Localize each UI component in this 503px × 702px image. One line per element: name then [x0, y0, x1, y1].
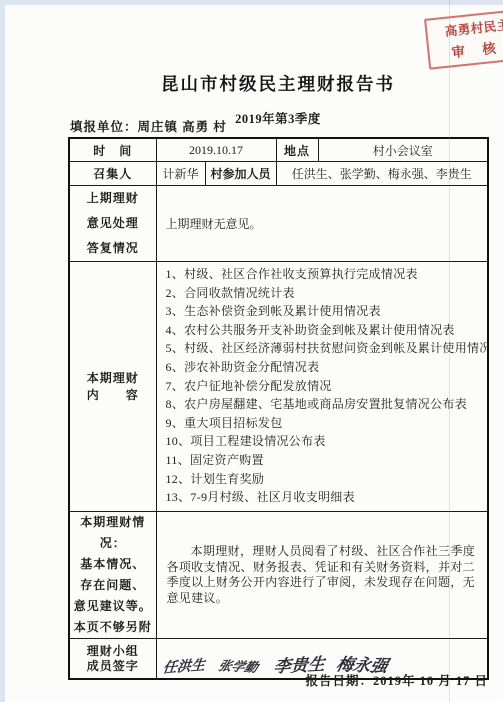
place-value-cell: 村小会议室 — [318, 138, 488, 162]
summary-label-line: 本期理财情况： — [70, 512, 156, 554]
row-previous-opinion: 上期理财 意见处理 答复情况 上期理财无意见。 — [69, 186, 488, 262]
row-summary: 本期理财情况： 基本情况、 存在问题、 意见建议等。 本页不够另附 本期理财，理… — [69, 512, 488, 639]
time-label-cell: 时 间 — [69, 138, 156, 162]
previous-opinion-label-line: 意见处理 — [70, 211, 156, 236]
reporting-unit: 填报单位：周庄镇 高勇 村 — [70, 117, 490, 135]
report-item: 6、涉农补助资金分配情况表 — [166, 358, 488, 377]
summary-label-cell: 本期理财情况： 基本情况、 存在问题、 意见建议等。 本页不够另附 — [69, 512, 156, 639]
reporting-unit-label: 填报单位： — [70, 120, 138, 134]
report-item: 5、村级、社区经济薄弱村扶贫慰问资金到帐及累计使用情况表 — [166, 339, 488, 358]
row-current-content: 本期理财 内 容 1、村级、社区合作社收支预算执行完成情况表 2、合同收款情况统… — [69, 262, 488, 512]
report-item: 9、重大项目招标发包 — [166, 414, 488, 433]
report-item: 13、7-9月村级、社区月收支明细表 — [166, 488, 488, 507]
audit-stamp: 高勇村民主理财 审 核 章 — [424, 5, 503, 69]
report-item: 10、项目工程建设情况公布表 — [166, 432, 488, 451]
signatures-label-line: 理财小组 — [70, 644, 156, 659]
row-convener-participants: 召集人 计新华 村参加人员 任洪生、张学勤、梅永强、李贵生 — [69, 162, 488, 186]
summary-paragraph: 本期理财，理财人员阅看了村级、社区合作社三季度各项收支情况、财务报表、凭证和有关… — [157, 544, 488, 606]
current-content-label-line: 内 容 — [70, 387, 156, 404]
document-page: 高勇村民主理财 审 核 章 昆山市村级民主理财报告书 2019年第3季度 填报单… — [5, 5, 503, 702]
previous-opinion-label-line: 答复情况 — [70, 236, 156, 261]
report-item: 8、农户房屋翻建、宅基地或商品房安置批复情况公布表 — [166, 395, 488, 414]
report-date: 报告日期：2019年 10 月 17 日 — [68, 671, 490, 689]
report-item: 11、固定资产购置 — [166, 451, 488, 470]
summary-label-line: 存在问题、 — [70, 575, 156, 596]
previous-opinion-label-line: 上期理财 — [70, 186, 156, 211]
report-item: 7、农户征地补偿分配发放情况 — [166, 377, 488, 396]
summary-label-line: 意见建议等。 — [70, 596, 156, 617]
previous-opinion-label-cell: 上期理财 意见处理 答复情况 — [69, 186, 156, 262]
row-time-place: 时 间 2019.10.17 地点 村小会议室 — [69, 138, 488, 162]
participants-value-cell: 任洪生、张学勤、梅永强、李贵生 — [276, 162, 488, 186]
convener-value-cell: 计新华 — [156, 162, 205, 186]
participants-label-cell: 村参加人员 — [205, 162, 276, 186]
doc-title: 昆山市村级民主理财报告书 — [68, 71, 488, 96]
current-content-items-cell: 1、村级、社区合作社收支预算执行完成情况表 2、合同收款情况统计表 3、生态补偿… — [156, 262, 488, 512]
summary-label-line: 基本情况、 — [70, 554, 156, 575]
convener-label-cell: 召集人 — [69, 162, 156, 186]
current-content-label-cell: 本期理财 内 容 — [69, 262, 156, 512]
report-item: 2、合同收款情况统计表 — [166, 284, 488, 303]
report-item: 3、生态补偿资金到帐及累计使用情况表 — [166, 302, 488, 321]
reporting-unit-value: 周庄镇 高勇 村 — [138, 120, 227, 134]
place-label-cell: 地点 — [276, 138, 318, 162]
time-value-cell: 2019.10.17 — [156, 138, 276, 162]
report-table: 时 间 2019.10.17 地点 村小会议室 召集人 计新华 村参加人员 任洪… — [68, 137, 489, 680]
previous-opinion-content-cell: 上期理财无意见。 — [156, 186, 488, 262]
report-item: 4、农村公共服务开支补助资金到帐及累计使用情况表 — [166, 321, 488, 340]
summary-content-cell: 本期理财，理财人员阅看了村级、社区合作社三季度各项收支情况、财务报表、凭证和有关… — [156, 512, 488, 639]
current-content-label-line: 本期理财 — [70, 370, 156, 387]
summary-label-line: 本页不够另附 — [70, 617, 156, 638]
report-item: 12、计划生育奖励 — [166, 470, 488, 489]
report-item: 1、村级、社区合作社收支预算执行完成情况表 — [166, 265, 488, 284]
